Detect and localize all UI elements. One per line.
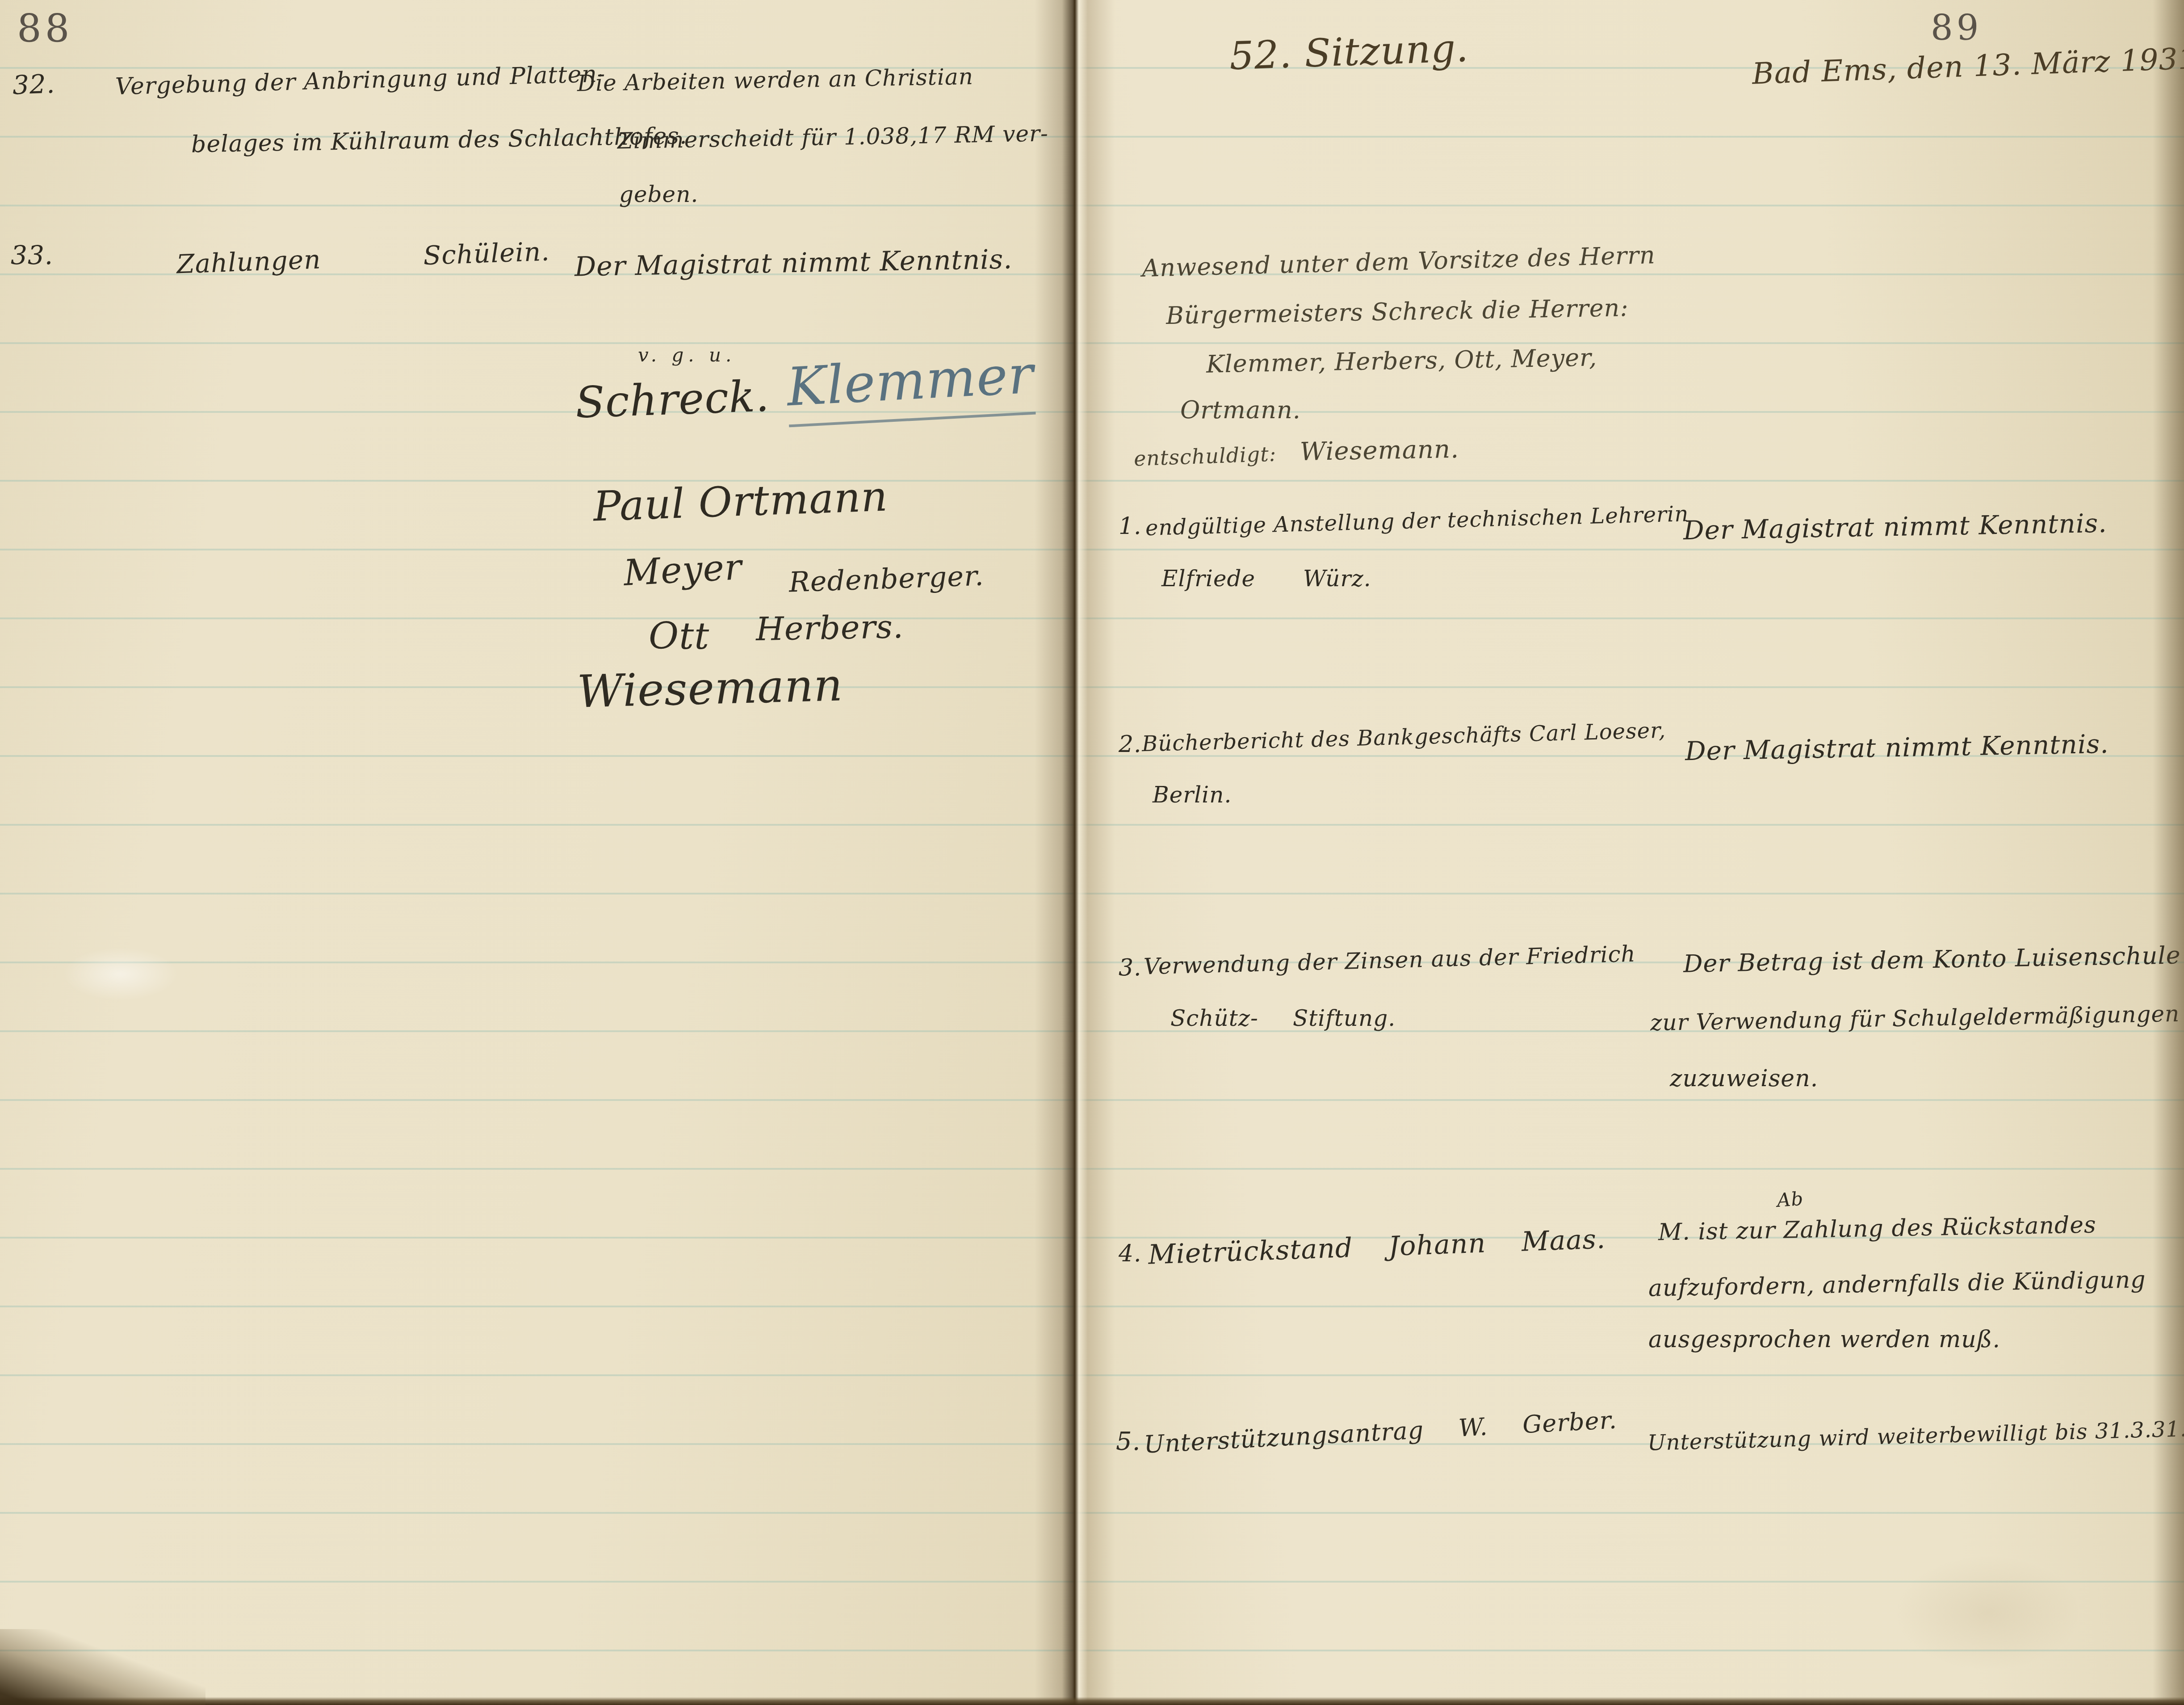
item-1-number: 1. — [1119, 514, 1142, 539]
attendance-line-4: Ortmann. — [1180, 397, 1301, 423]
item-4-insertion-ab: Ab — [1776, 1188, 1804, 1211]
attestation-vgu: v. g. u. — [638, 345, 736, 365]
item-1-topic-line-2: Elfriede Würz. — [1161, 567, 1371, 591]
entry-32-decision-line-3: geben. — [619, 182, 698, 207]
entry-32-number: 32. — [12, 70, 55, 100]
excused-name: Wiesemann. — [1300, 436, 1459, 466]
item-3-decision-line-3: zuzuweisen. — [1670, 1066, 1818, 1092]
page-number-89: 89 — [1931, 8, 1982, 48]
item-4-decision-line-3: ausgesprochen werden muß. — [1648, 1327, 2000, 1352]
item-3-topic-line-2: Schütz- Stiftung. — [1170, 1006, 1396, 1031]
excused-label: entschuldigt: — [1133, 442, 1277, 470]
item-3-number: 3. — [1119, 955, 1142, 981]
signature-klemmer: Klemmer — [785, 346, 1035, 428]
signature-herbers: Herbers. — [755, 609, 904, 647]
signature-wiesemann: Wiesemann — [577, 660, 844, 717]
item-5-number: 5. — [1116, 1428, 1140, 1456]
item-2-topic-line-2: Berlin. — [1153, 783, 1232, 807]
session-heading: 52. Sitzung. — [1229, 27, 1470, 78]
signature-meyer: Meyer — [623, 547, 743, 593]
item-2-number: 2. — [1119, 732, 1142, 757]
ledger-spread: 88 32. Vergebung der Anbringung und Plat… — [0, 0, 2184, 1705]
signature-paul-ortmann: Paul Ortmann — [592, 474, 889, 529]
entry-33-number: 33. — [11, 241, 53, 270]
signature-redenberger: Redenberger. — [788, 560, 985, 597]
signature-schreck: Schreck. — [574, 373, 770, 427]
page-number-88: 88 — [17, 6, 73, 51]
signature-ott: Ott — [649, 617, 709, 657]
item-4-number: 4. — [1119, 1241, 1142, 1267]
